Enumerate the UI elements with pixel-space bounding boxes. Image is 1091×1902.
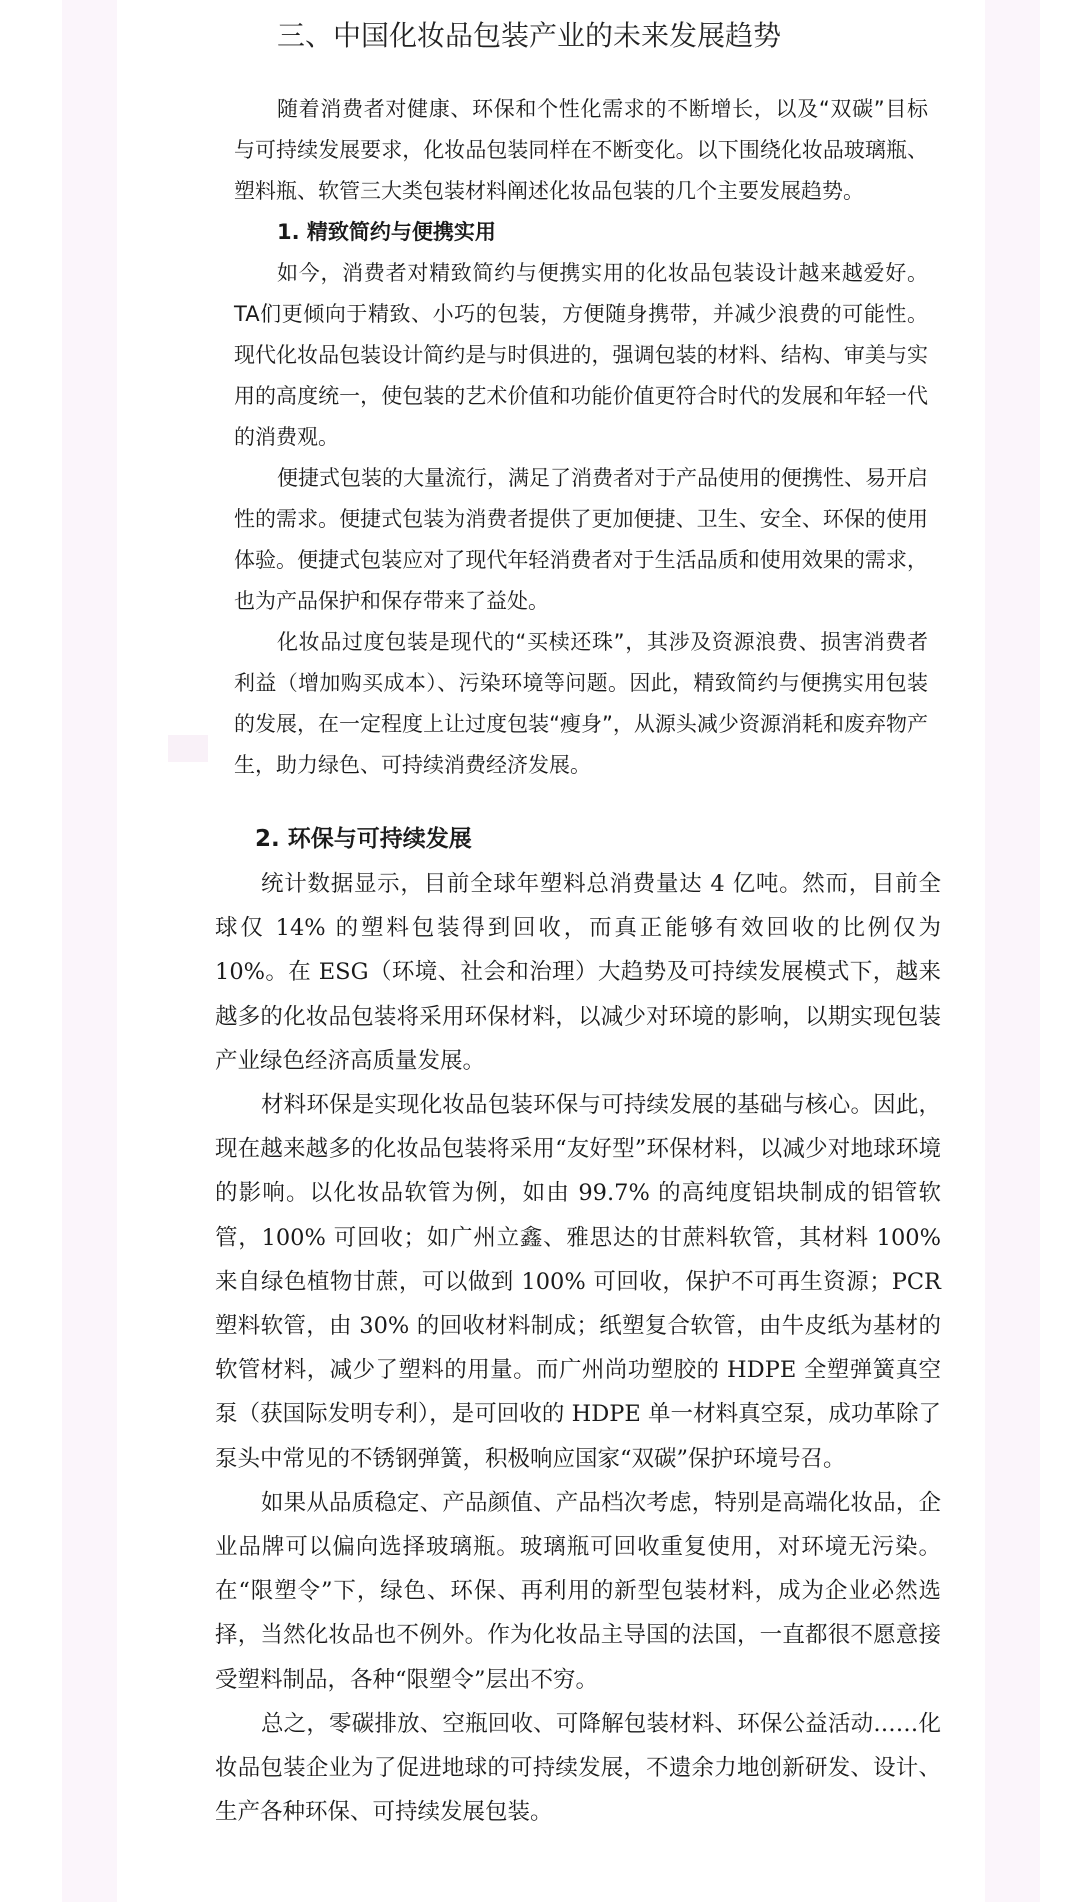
section-1-paragraph-3: 化妆品过度包装是现代的“买椟还珠”，其涉及资源浪费、损害消费者利益（增加购买成本… (234, 622, 928, 786)
section-2-paragraph-4: 总之，零碳排放、空瓶回收、可降解包装材料、环保公益活动……化妆品包装企业为了促进… (215, 1702, 941, 1835)
intro-paragraph: 随着消费者对健康、环保和个性化需求的不断增长，以及“双碳”目标与可持续发展要求，… (234, 89, 928, 212)
section-intro-and-1: 随着消费者对健康、环保和个性化需求的不断增长，以及“双碳”目标与可持续发展要求，… (234, 89, 928, 786)
margin-mark (168, 735, 208, 762)
section-2-paragraph-2: 材料环保是实现化妆品包装环保与可持续发展的基础与核心。因此，现在越来越多的化妆品… (215, 1083, 941, 1481)
section-2: 2. 环保与可持续发展 统计数据显示，目前全球年塑料总消费量达 4 亿吨。然而，… (215, 816, 941, 1834)
section-1-paragraph-1: 如今，消费者对精致简约与便携实用的化妆品包装设计越来越爱好。TA们更倾向于精致、… (234, 253, 928, 458)
section-1-paragraph-2: 便捷式包装的大量流行，满足了消费者对于产品使用的便携性、易开启性的需求。便捷式包… (234, 458, 928, 622)
section-2-heading: 2. 环保与可持续发展 (255, 816, 941, 862)
right-margin-strip (985, 0, 1040, 1902)
section-2-paragraph-1: 统计数据显示，目前全球年塑料总消费量达 4 亿吨。然而，目前全球仅 14% 的塑… (215, 862, 941, 1083)
section-1-heading: 1. 精致简约与便携实用 (234, 212, 928, 253)
left-margin-strip (62, 0, 117, 1902)
section-2-paragraph-3: 如果从品质稳定、产品颜值、产品档次考虑，特别是高端化妆品，企业品牌可以偏向选择玻… (215, 1481, 941, 1702)
document-title: 三、中国化妆品包装产业的未来发展趋势 (277, 16, 781, 56)
